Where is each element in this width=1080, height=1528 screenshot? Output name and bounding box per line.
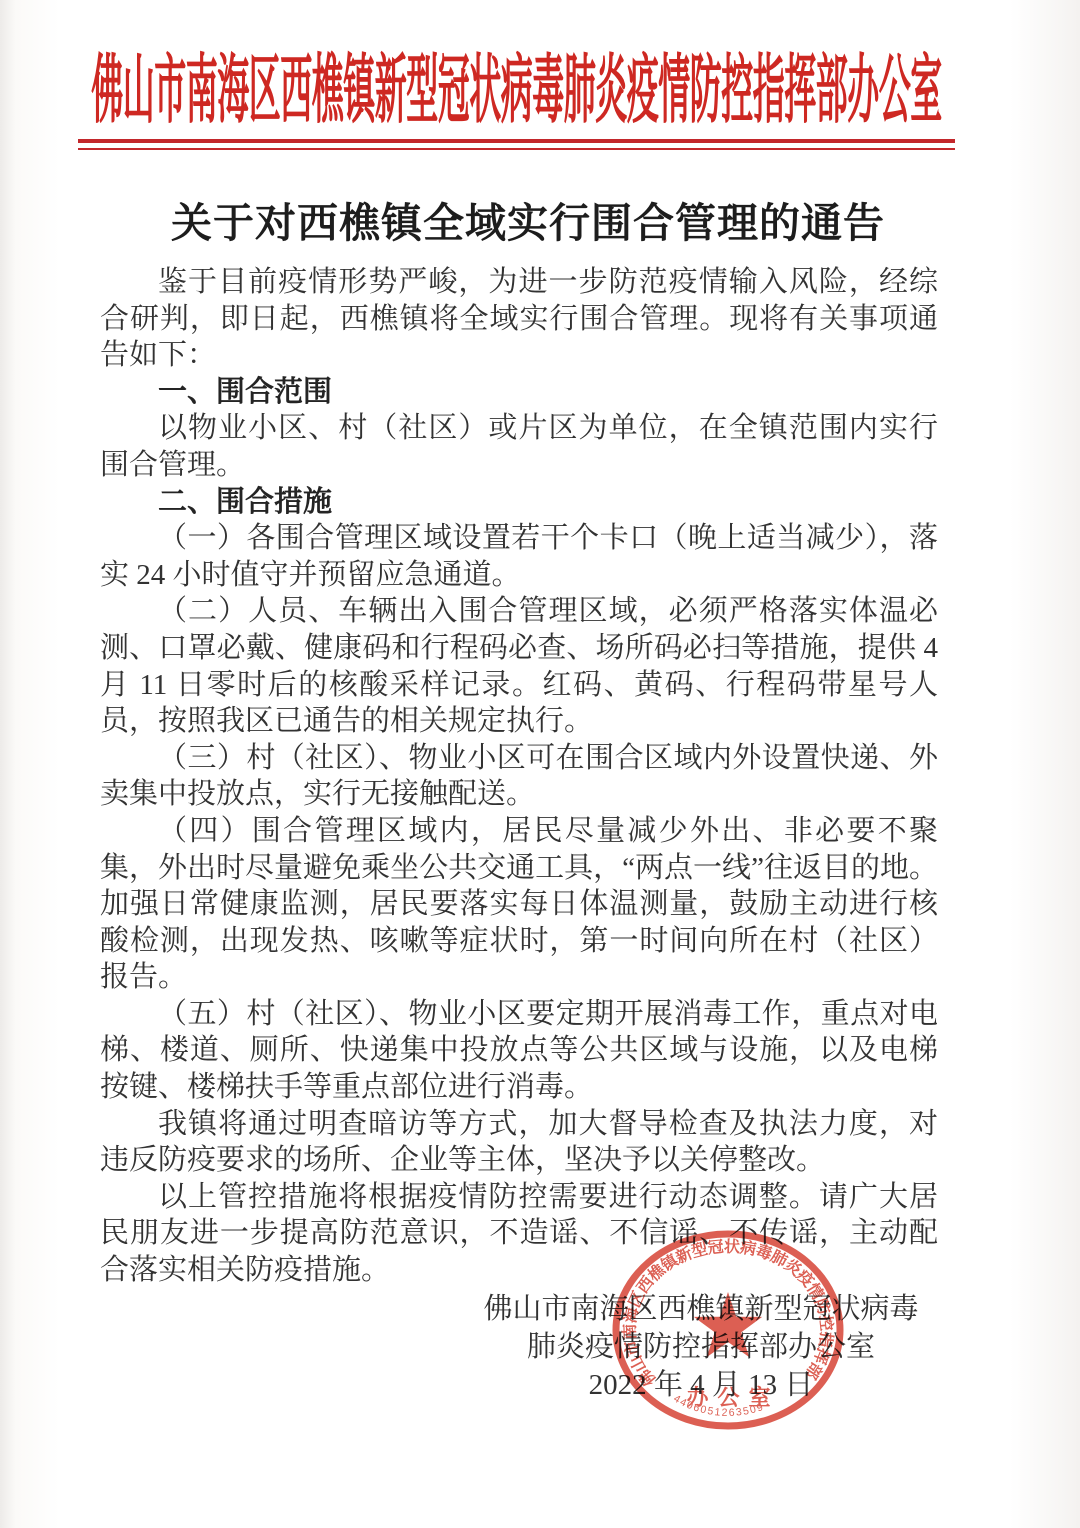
letterhead-rule-thin: [78, 148, 955, 150]
letterhead: 佛山市南海区西樵镇新型冠状病毒肺炎疫情防控指挥部办公室: [78, 34, 955, 136]
document-page: 佛山市南海区西樵镇新型冠状病毒肺炎疫情防控指挥部办公室 关于对西樵镇全域实行围合…: [0, 0, 1080, 1528]
paragraph-measure-3: （三）村（社区）、物业小区可在围合区域内外设置快递、外卖集中投放点，实行无接触配…: [100, 740, 938, 813]
letterhead-org-name: 佛山市南海区西樵镇新型冠状病毒肺炎疫情防控指挥部办公室: [91, 31, 942, 139]
paragraph-scope: 以物业小区、村（社区）或片区为单位，在全镇范围内实行围合管理。: [100, 410, 938, 483]
paragraph-measure-1: （一）各围合管理区域设置若干个卡口（晚上适当减少），落实 24 小时值守并预留应…: [100, 520, 938, 593]
section-heading-scope: 一、围合范围: [100, 374, 938, 411]
document-title: 关于对西樵镇全域实行围合管理的通告: [0, 190, 1056, 249]
section-heading-measures: 二、围合措施: [100, 484, 938, 521]
letterhead-rule-thick: [78, 139, 955, 143]
paragraph-measure-4: （四）围合管理区域内，居民尽量减少外出、非必要不聚集，外出时尽量避免乘坐公共交通…: [100, 813, 938, 996]
paragraph-enforcement: 我镇将通过明查暗访等方式，加大督导检查及执法力度，对违反防疫要求的场所、企业等主…: [100, 1106, 938, 1179]
paragraph-measure-2: （二）人员、车辆出入围合管理区域，必须严格落实体温必测、口罩必戴、健康码和行程码…: [100, 593, 938, 739]
official-seal: 佛山市南海区西樵镇新型冠状病毒肺炎疫情防控指挥部 办公室 44060512635…: [606, 1224, 850, 1436]
document-body: 鉴于目前疫情形势严峻，为进一步防范疫情输入风险，经综合研判，即日起，西樵镇将全域…: [100, 264, 938, 1289]
paragraph-measure-5: （五）村（社区）、物业小区要定期开展消毒工作，重点对电梯、楼道、厕所、快递集中投…: [100, 996, 938, 1106]
paragraph-intro: 鉴于目前疫情形势严峻，为进一步防范疫情输入风险，经综合研判，即日起，西樵镇将全域…: [100, 264, 938, 374]
seal-star: [694, 1292, 762, 1357]
